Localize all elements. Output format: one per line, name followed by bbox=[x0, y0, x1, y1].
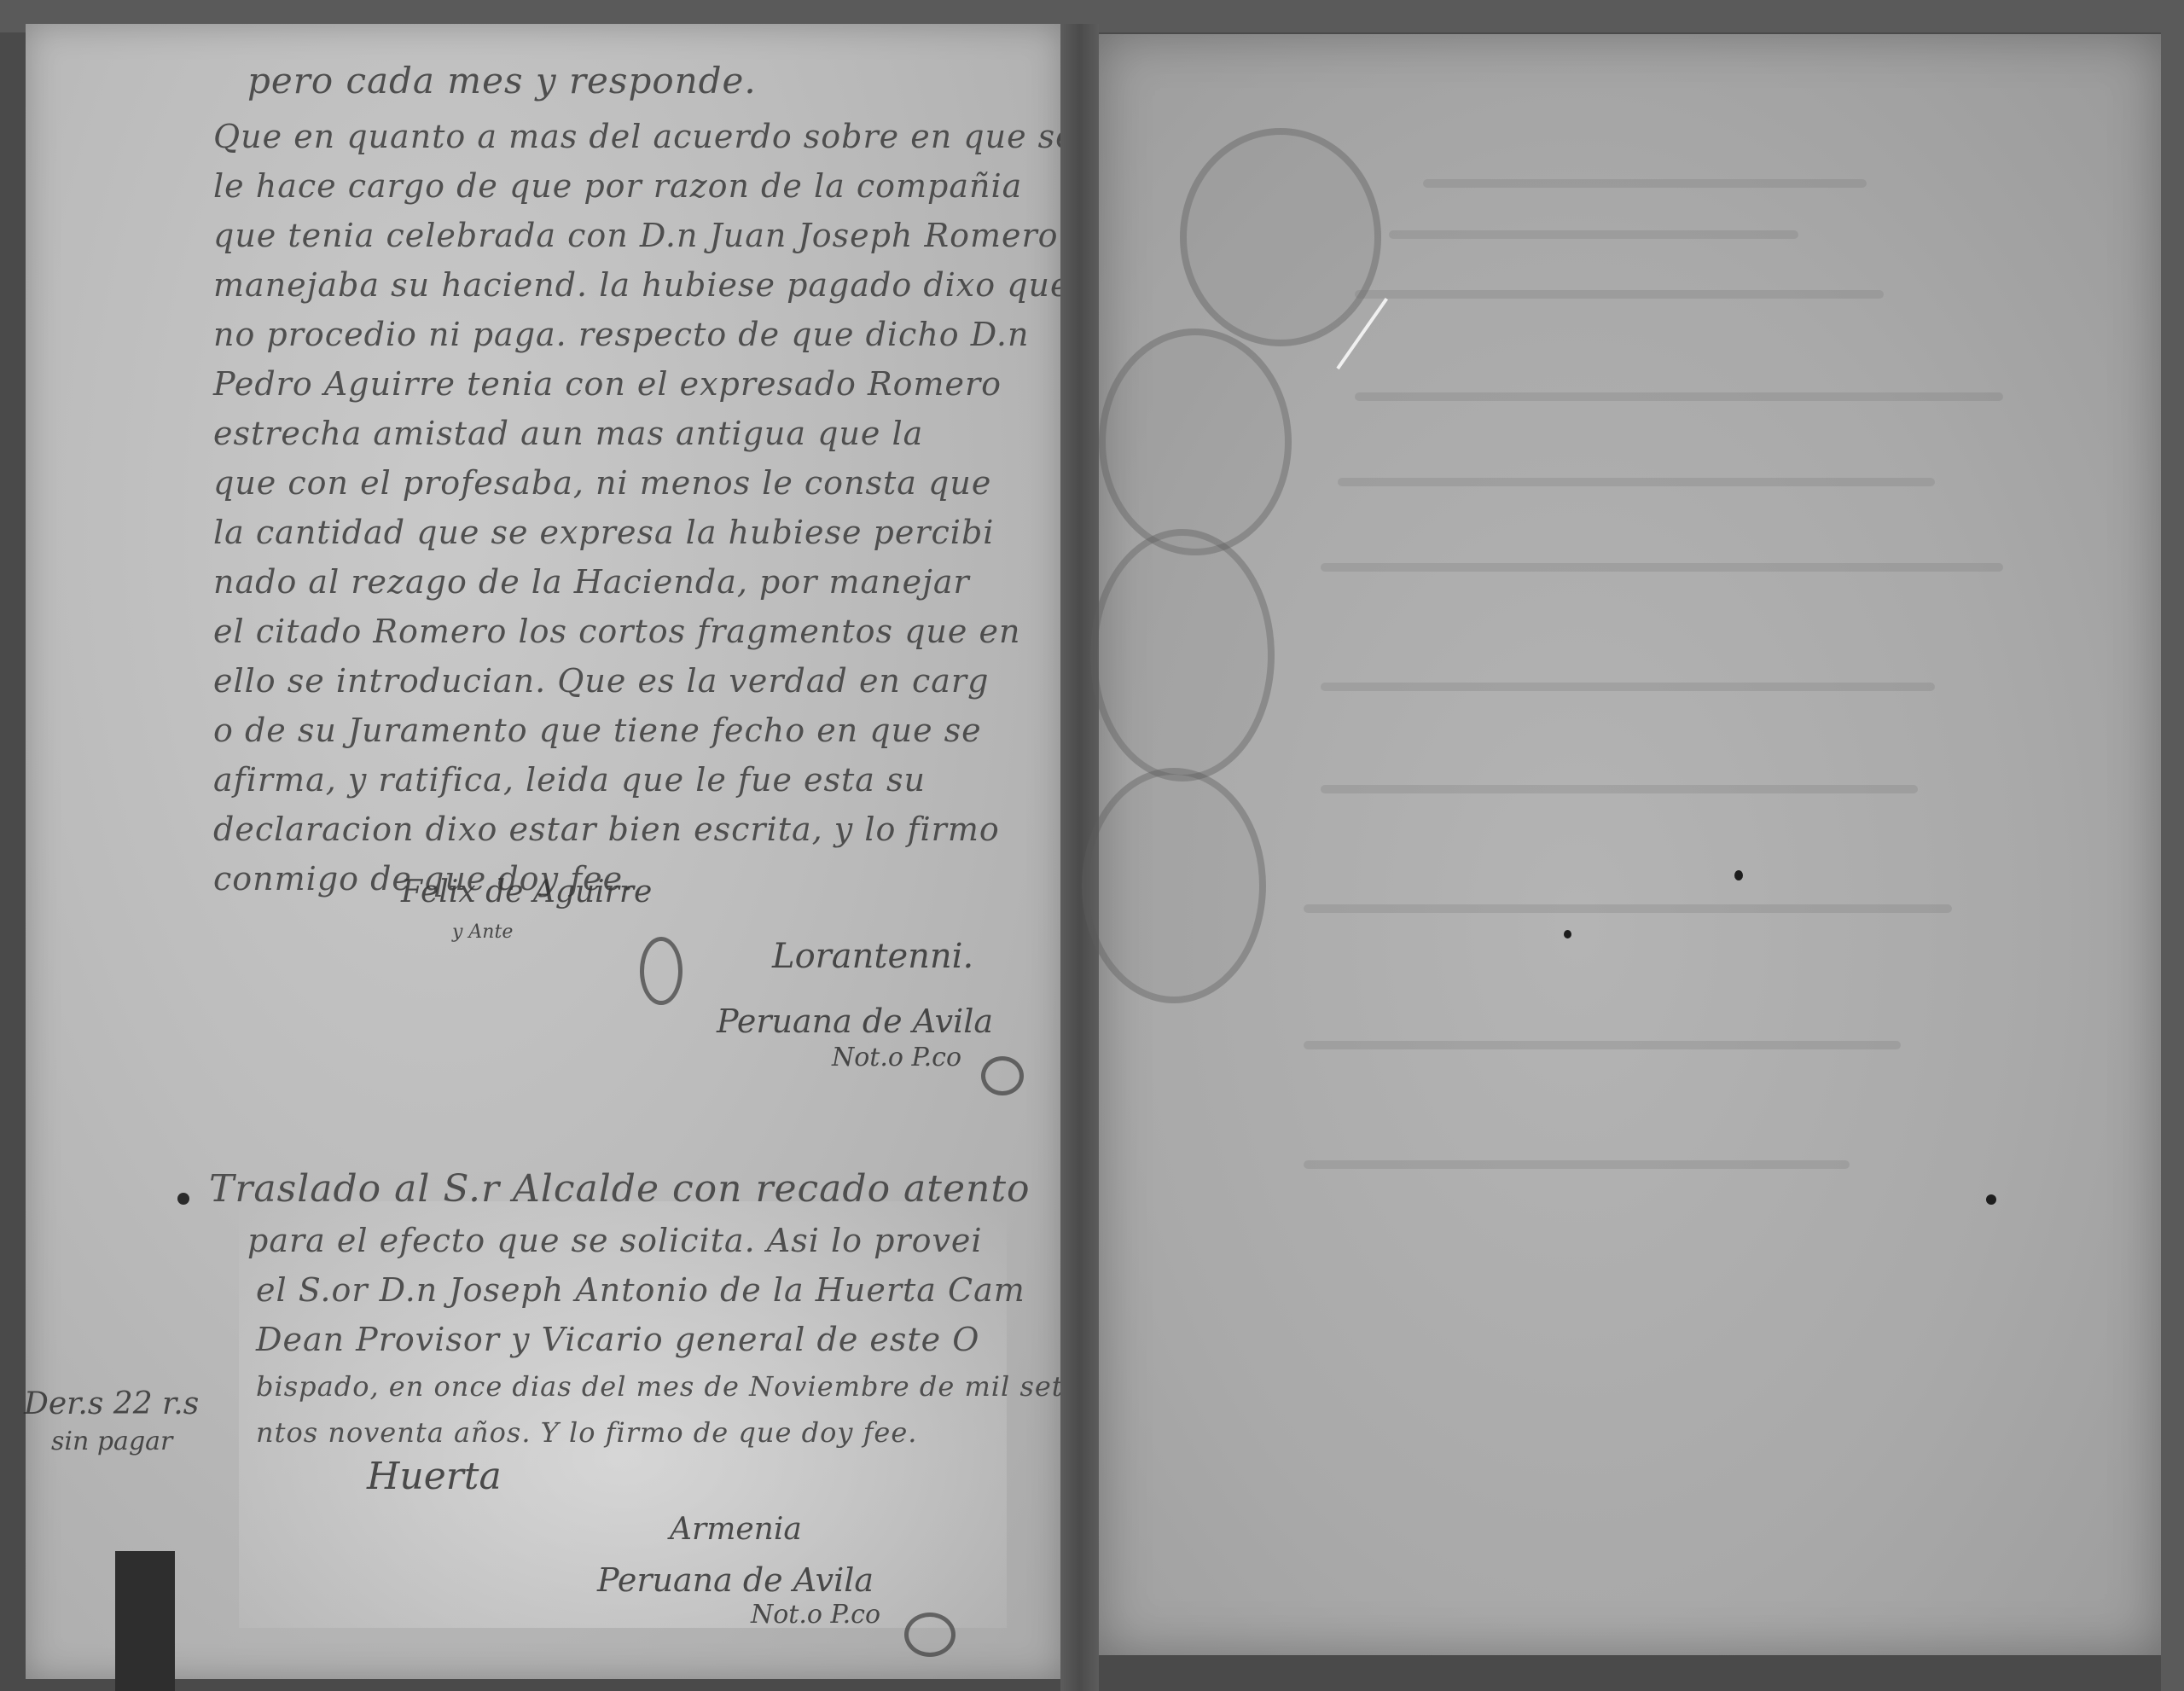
text-line: Que en quanto a mas del acuerdo sobre en… bbox=[213, 118, 1076, 155]
bleed-through-line bbox=[1355, 290, 1884, 299]
text-line: la cantidad que se expresa la hubiese pe… bbox=[213, 514, 994, 551]
text-line: para el efecto que se solicita. Asi lo p… bbox=[247, 1222, 983, 1259]
paragraph-marker bbox=[177, 1193, 189, 1205]
scan-background: pero cada mes y responde. Que en quanto … bbox=[0, 0, 2184, 1691]
text-line: que tenia celebrada con D.n Juan Joseph … bbox=[213, 217, 1089, 254]
signature-felix-aguirre: Felix de Aguirre bbox=[401, 875, 652, 909]
signature-notary: Peruana de Avila bbox=[597, 1561, 874, 1599]
text-line: manejaba su haciend. la hubiese pagado d… bbox=[213, 266, 1070, 304]
bleed-through-line bbox=[1355, 392, 2003, 401]
binding-clip bbox=[115, 1551, 175, 1691]
bleed-through-line bbox=[1304, 1160, 1850, 1169]
text-line: estrecha amistad aun mas antigua que la bbox=[213, 415, 923, 452]
right-frame-edge bbox=[2161, 26, 2184, 1691]
text-line: Pedro Aguirre tenia con el expresado Rom… bbox=[213, 365, 1002, 403]
ink-speck bbox=[1734, 870, 1743, 880]
ink-speck bbox=[1564, 930, 1571, 938]
text-line: Traslado al S.r Alcalde con recado atent… bbox=[209, 1167, 1031, 1211]
bleed-through-line bbox=[1321, 683, 1935, 691]
text-line: declaracion dixo estar bien escrita, y l… bbox=[213, 811, 1000, 848]
text-line: le hace cargo de que por razon de la com… bbox=[213, 167, 1022, 205]
ink-speck bbox=[1986, 1194, 1996, 1205]
bleed-through-line bbox=[1389, 230, 1798, 239]
signature-lorantenni: Lorantenni. bbox=[772, 937, 973, 976]
notary-title: Not.o P.co bbox=[751, 1600, 880, 1630]
text-line: que con el profesaba, ni menos le consta… bbox=[213, 464, 991, 502]
bleed-through-line bbox=[1338, 478, 1935, 486]
stamp-impression bbox=[1180, 128, 1381, 346]
notary-title: Not.o P.co bbox=[832, 1043, 961, 1072]
right-page bbox=[1099, 34, 2161, 1655]
margin-note-unpaid: sin pagar bbox=[51, 1427, 172, 1456]
stamp-impression bbox=[1082, 768, 1266, 1003]
bleed-through-line bbox=[1304, 1041, 1901, 1049]
text-line: nado al rezago de la Hacienda, por manej… bbox=[213, 563, 970, 601]
text-line: pero cada mes y responde. bbox=[247, 60, 757, 102]
signature-subscript: y Ante bbox=[452, 921, 513, 943]
rubric-flourish bbox=[904, 1613, 955, 1657]
rubric-flourish bbox=[981, 1056, 1024, 1095]
text-line: Dean Provisor y Vicario general de este … bbox=[256, 1321, 979, 1358]
bleed-through-line bbox=[1304, 904, 1952, 913]
signature-armenia: Armenia bbox=[670, 1512, 802, 1547]
text-line: el S.or D.n Joseph Antonio de la Huerta … bbox=[256, 1271, 1025, 1309]
signature-huerta: Huerta bbox=[367, 1455, 502, 1498]
bleed-through-line bbox=[1423, 179, 1867, 188]
bleed-through-line bbox=[1321, 785, 1918, 793]
text-line: bispado, en once dias del mes de Noviemb… bbox=[256, 1370, 1124, 1403]
rubric-flourish bbox=[640, 937, 682, 1005]
text-line: o de su Juramento que tiene fecho en que… bbox=[213, 712, 982, 749]
signature-notary: Peruana de Avila bbox=[717, 1002, 993, 1040]
margin-note-fees: Der.s 22 r.s bbox=[24, 1386, 199, 1421]
text-line: ello se introducian. Que es la verdad en… bbox=[213, 662, 989, 700]
text-line: el citado Romero los cortos fragmentos q… bbox=[213, 613, 1020, 650]
stamp-impression bbox=[1099, 328, 1292, 555]
stamp-impression bbox=[1090, 529, 1275, 782]
text-line: ntos noventa años. Y lo firmo de que doy… bbox=[256, 1416, 917, 1449]
bleed-through-line bbox=[1321, 563, 2003, 572]
text-line: no procedio ni paga. respecto de que dic… bbox=[213, 316, 1029, 353]
text-line: afirma, y ratifica, leida que le fue est… bbox=[213, 761, 926, 799]
